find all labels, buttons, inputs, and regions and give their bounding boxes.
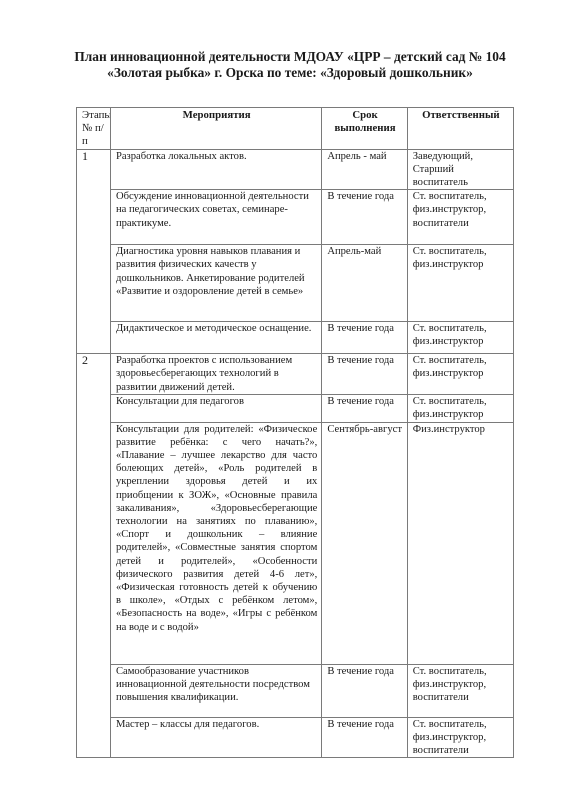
term-cell: Апрель-май xyxy=(322,245,407,322)
activity-cell: Диагностика уровня навыков плавания и ра… xyxy=(110,245,321,322)
title-line-2: «Золотая рыбка» г. Орска по теме: «Здоро… xyxy=(60,65,520,81)
activity-cell: Консультации для родителей: «Физическое … xyxy=(110,422,321,664)
header-responsible: Ответственный xyxy=(407,108,513,150)
term-cell: Сентябрь-август xyxy=(322,422,407,664)
stage-number: 2 xyxy=(77,354,111,758)
activity-cell: Самообразование участников инновационной… xyxy=(110,664,321,717)
responsible-cell: Физ.инструктор xyxy=(407,422,513,664)
stage-number: 1 xyxy=(77,149,111,354)
activity-cell: Разработка локальных актов. xyxy=(110,149,321,190)
table-row: Диагностика уровня навыков плавания и ра… xyxy=(77,245,514,322)
activity-cell: Дидактическое и методическое оснащение. xyxy=(110,322,321,354)
table-row: Консультации для педагогов В течение год… xyxy=(77,395,514,422)
responsible-cell: Ст. воспитатель, физ.инструктор, воспита… xyxy=(407,717,513,758)
term-cell: В течение года xyxy=(322,717,407,758)
header-activities: Мероприятия xyxy=(110,108,321,150)
term-cell: В течение года xyxy=(322,664,407,717)
table-row: Консультации для родителей: «Физическое … xyxy=(77,422,514,664)
activity-cell: Консультации для педагогов xyxy=(110,395,321,422)
plan-table: Этапы № п/п Мероприятия Срок выполнения … xyxy=(76,107,514,758)
term-cell: В течение года xyxy=(322,322,407,354)
table-row: Обсуждение инновационной деятельности на… xyxy=(77,190,514,245)
header-term: Срок выполнения xyxy=(322,108,407,150)
header-stage: Этапы № п/п xyxy=(77,108,111,150)
term-cell: Апрель - май xyxy=(322,149,407,190)
term-cell: В течение года xyxy=(322,190,407,245)
title-line-1: План инновационной деятельности МДОАУ «Ц… xyxy=(60,49,520,65)
activity-cell: Мастер – классы для педагогов. xyxy=(110,717,321,758)
table-row: Мастер – классы для педагогов. В течение… xyxy=(77,717,514,758)
responsible-cell: Ст. воспитатель, физ.инструктор xyxy=(407,354,513,395)
activity-cell: Обсуждение инновационной деятельности на… xyxy=(110,190,321,245)
responsible-cell: Ст. воспитатель, физ.инструктор, воспита… xyxy=(407,190,513,245)
responsible-cell: Ст. воспитатель, физ.инструктор xyxy=(407,322,513,354)
table-row: Самообразование участников инновационной… xyxy=(77,664,514,717)
responsible-cell: Ст. воспитатель, физ.инструктор, воспита… xyxy=(407,664,513,717)
responsible-cell: Ст. воспитатель, физ.инструктор xyxy=(407,395,513,422)
responsible-cell: Заведующий, Старший воспитатель xyxy=(407,149,513,190)
table-row: Дидактическое и методическое оснащение. … xyxy=(77,322,514,354)
term-cell: В течение года xyxy=(322,354,407,395)
term-cell: В течение года xyxy=(322,395,407,422)
table-header-row: Этапы № п/п Мероприятия Срок выполнения … xyxy=(77,108,514,150)
document-title: План инновационной деятельности МДОАУ «Ц… xyxy=(60,49,520,81)
table-row: 1 Разработка локальных актов. Апрель - м… xyxy=(77,149,514,190)
activity-cell: Разработка проектов с использованием здо… xyxy=(110,354,321,395)
responsible-cell: Ст. воспитатель, физ.инструктор xyxy=(407,245,513,322)
table-row: 2 Разработка проектов с использованием з… xyxy=(77,354,514,395)
